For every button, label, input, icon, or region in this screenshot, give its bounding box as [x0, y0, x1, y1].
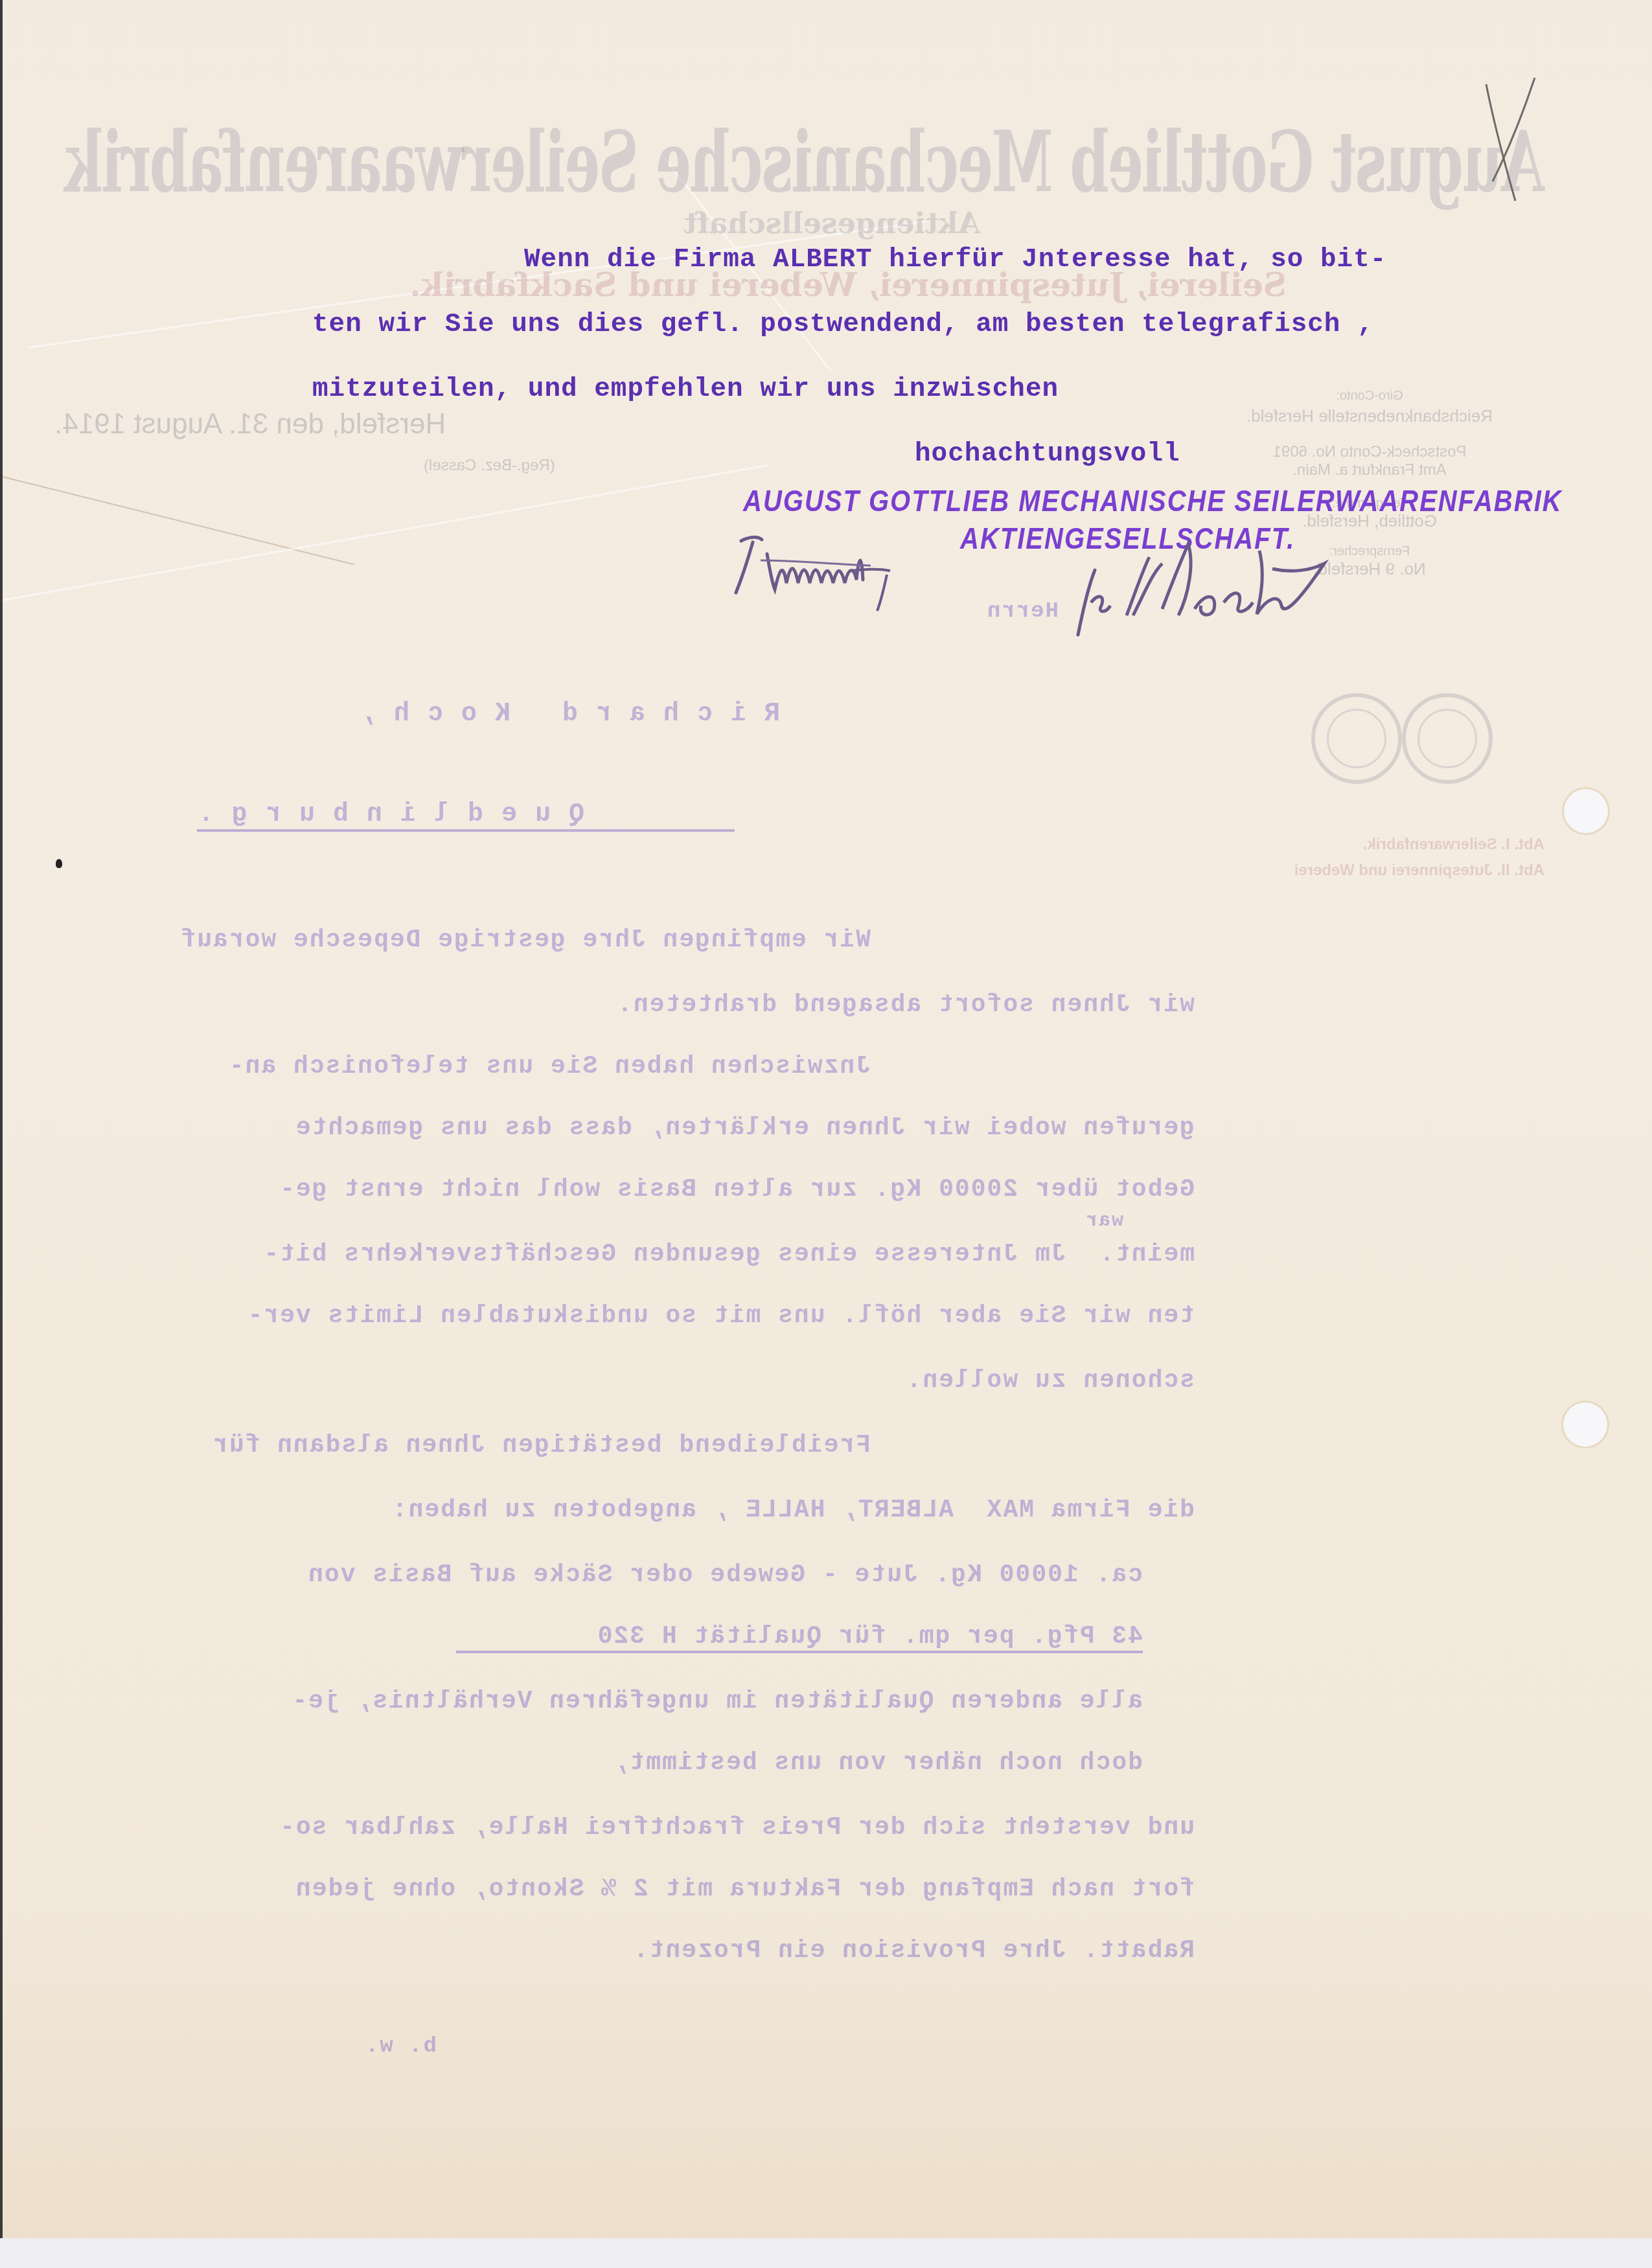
show-through-line: wir Jhnen sofort absagend drahteten. — [501, 991, 1195, 1019]
show-through-line: ca. 10000 Kg. Jute - Gewebe oder Säcke a… — [113, 1561, 1143, 1589]
sidebar-label: Giro-Conto: — [1221, 389, 1519, 404]
signature-right-icon — [1065, 538, 1344, 641]
show-through-line: meint. Jm Jnteresse eines gesunden Gesch… — [61, 1241, 1195, 1268]
sidebar-value: Reichsbanknebenstelle Hersfeld. — [1221, 406, 1519, 426]
show-through-line: schonen zu wollen. — [845, 1367, 1195, 1395]
sidebar-value: Amt Frankfurt a. Main. — [1221, 461, 1519, 479]
show-through-recipient-name: R i c h a r d K o c h , — [275, 700, 780, 729]
ink-speck — [56, 859, 62, 868]
body-line-3: mitzuteilen, und empfehlen wir uns inzwi… — [312, 374, 1059, 404]
show-through-department: Abt. I. Seilerwarenfabrik. — [1298, 836, 1544, 854]
sidebar-value: Postscheck-Conto No. 6091 — [1221, 443, 1519, 461]
show-through-medal-icon — [1311, 693, 1402, 784]
show-through-line: alle anderen Qualitäten im ungefähren Ve… — [80, 1688, 1143, 1715]
show-through-line: Wir empfingen Jhre gestrige Depesche wor… — [16, 926, 871, 954]
show-through-line: doch noch näher von uns bestimmt, — [495, 1749, 1143, 1777]
show-through-line: gerufen wobei wir Jhnen erklärten, dass … — [100, 1114, 1195, 1142]
show-through-line: Rabatt. Jhre Provision ein Prozent. — [508, 1937, 1195, 1965]
punch-hole — [1563, 1403, 1607, 1447]
show-through-place-date: Hersfeld, den 31. August 1914. — [54, 408, 637, 441]
show-through-line: Freibleibend bestätigen Jhnen alsdann fü… — [48, 1432, 871, 1460]
show-through-letterhead-subtitle: Aktiengesellschaft — [650, 207, 1013, 240]
show-through-letterhead-title: August Gottlieb Mechanische Seilerwaaren… — [100, 113, 1544, 212]
punch-hole — [1564, 789, 1608, 833]
show-through-line: war — [1046, 1210, 1123, 1232]
show-through-line: Jnzwischen haben Sie uns telefonisch an- — [80, 1053, 871, 1081]
paper-crease — [3, 476, 355, 565]
letter-page: August Gottlieb Mechanische Seilerwaaren… — [0, 0, 1652, 2238]
pencil-cross-mark-icon — [1467, 78, 1544, 207]
show-through-line: Gebot über 20000 Kg. zur alten Basis woh… — [80, 1176, 1195, 1204]
body-line-2: ten wir Sie uns dies gefl. postwendend, … — [312, 310, 1374, 339]
signature-left-icon — [722, 528, 981, 612]
paper-crease — [3, 464, 768, 601]
closing-text: hochachtungsvoll — [915, 439, 1180, 469]
show-through-line: fort nach Empfang der Faktura mit 2 % Sk… — [100, 1875, 1195, 1903]
show-through-medal-icon — [1402, 693, 1493, 784]
show-through-line: b. w. — [352, 2034, 437, 2059]
scanner-background — [0, 2238, 1652, 2268]
show-through-region: (Reg.-Bez. Cassel) — [424, 457, 657, 475]
company-stamp-line-1: AUGUST GOTTLIEB MECHANISCHE SEILERWAAREN… — [743, 485, 1563, 519]
show-through-line: ten wir Sie aber höfl. uns mit so undisk… — [41, 1302, 1195, 1330]
show-through-line: die Firma MAX ALBERT, HALLE , angeboten … — [216, 1496, 1195, 1524]
show-through-department: Abt. II. Jutespinnerei und Weberei — [1221, 862, 1544, 880]
body-line-1: Wenn die Firma ALBERT hierfür Jnteresse … — [524, 245, 1386, 275]
show-through-line: 43 Pfg. per qm. für Qualität H 320 — [456, 1623, 1143, 1653]
show-through-recipient-city: Q u e d l i n b u r g . — [197, 800, 735, 832]
show-through-line: und versteht sich der Preis frachtfrei H… — [80, 1814, 1195, 1842]
